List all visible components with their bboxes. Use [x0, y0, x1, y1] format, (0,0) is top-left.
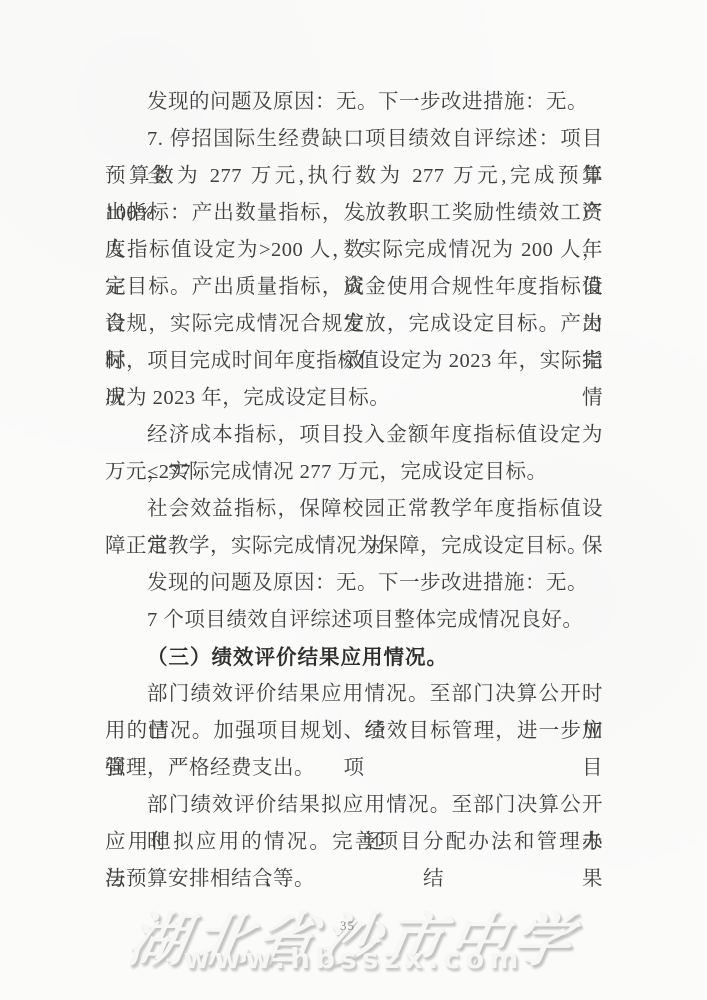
paragraph-line: 预算数为 277 万元,执行数为 277 万元,完成预算 100%。产	[105, 158, 603, 195]
paragraph-line: 标，项目完成时间年度指标值设定为 2023 年，实际完成情	[105, 343, 603, 380]
watermark-website: www.hbsszx.com	[0, 942, 707, 975]
paragraph-line: 部门绩效评价结果应用情况。至部门决算公开时已经应	[105, 676, 603, 713]
paragraph-line: 7 个项目绩效自评综述项目整体完成情况良好。	[105, 602, 603, 639]
paragraph-line: 经济成本指标，项目投入金额年度指标值设定为≤277	[105, 417, 603, 454]
paragraph-line: 出指标：产出数量指标，发放教职工奖励性绩效工资人数年	[105, 195, 603, 232]
paragraph-line: 障正常教学，实际完成情况为保障，完成设定目标。	[105, 528, 603, 565]
document-body: 发现的问题及原因：无。下一步改进措施：无。 7. 停招国际生经费缺口项目绩效自评…	[105, 84, 603, 898]
paragraph-line: 发现的问题及原因：无。下一步改进措施：无。	[105, 84, 603, 121]
page-number: 35	[340, 918, 355, 934]
paragraph-line: 部门绩效评价结果拟应用情况。至部门决算公开时还未	[105, 787, 603, 824]
paragraph-line: 7. 停招国际生经费缺口项目绩效自评综述：项目全年	[105, 121, 603, 158]
watermark-school-name: 湖北省沙市中学	[0, 893, 707, 977]
paragraph-line: 万元，实际完成情况 277 万元，完成设定目标。	[105, 454, 603, 491]
paragraph-line: 用的情况。加强项目规划、绩效目标管理，进一步加强项目	[105, 713, 603, 750]
paragraph-line: 社会效益指标，保障校园正常教学年度指标值设定为保	[105, 491, 603, 528]
paragraph-line: 合规，实际完成情况合规发放，完成设定目标。产出时效指	[105, 306, 603, 343]
paragraph-line: 定目标。产出质量指标，资金使用合规性年度指标值设定为	[105, 269, 603, 306]
document-page: 发现的问题及原因：无。下一步改进措施：无。 7. 停招国际生经费缺口项目绩效自评…	[0, 0, 707, 1000]
paragraph-line: 应用但拟应用的情况。完善项目分配办法和管理办法、结果	[105, 824, 603, 861]
paragraph-line: 发现的问题及原因：无。下一步改进措施：无。	[105, 565, 603, 602]
paragraph-line: 度指标值设定为>200 人， 实际完成情况为 200 人，完成设	[105, 232, 603, 269]
section-heading: （三）绩效评价结果应用情况。	[105, 639, 603, 676]
